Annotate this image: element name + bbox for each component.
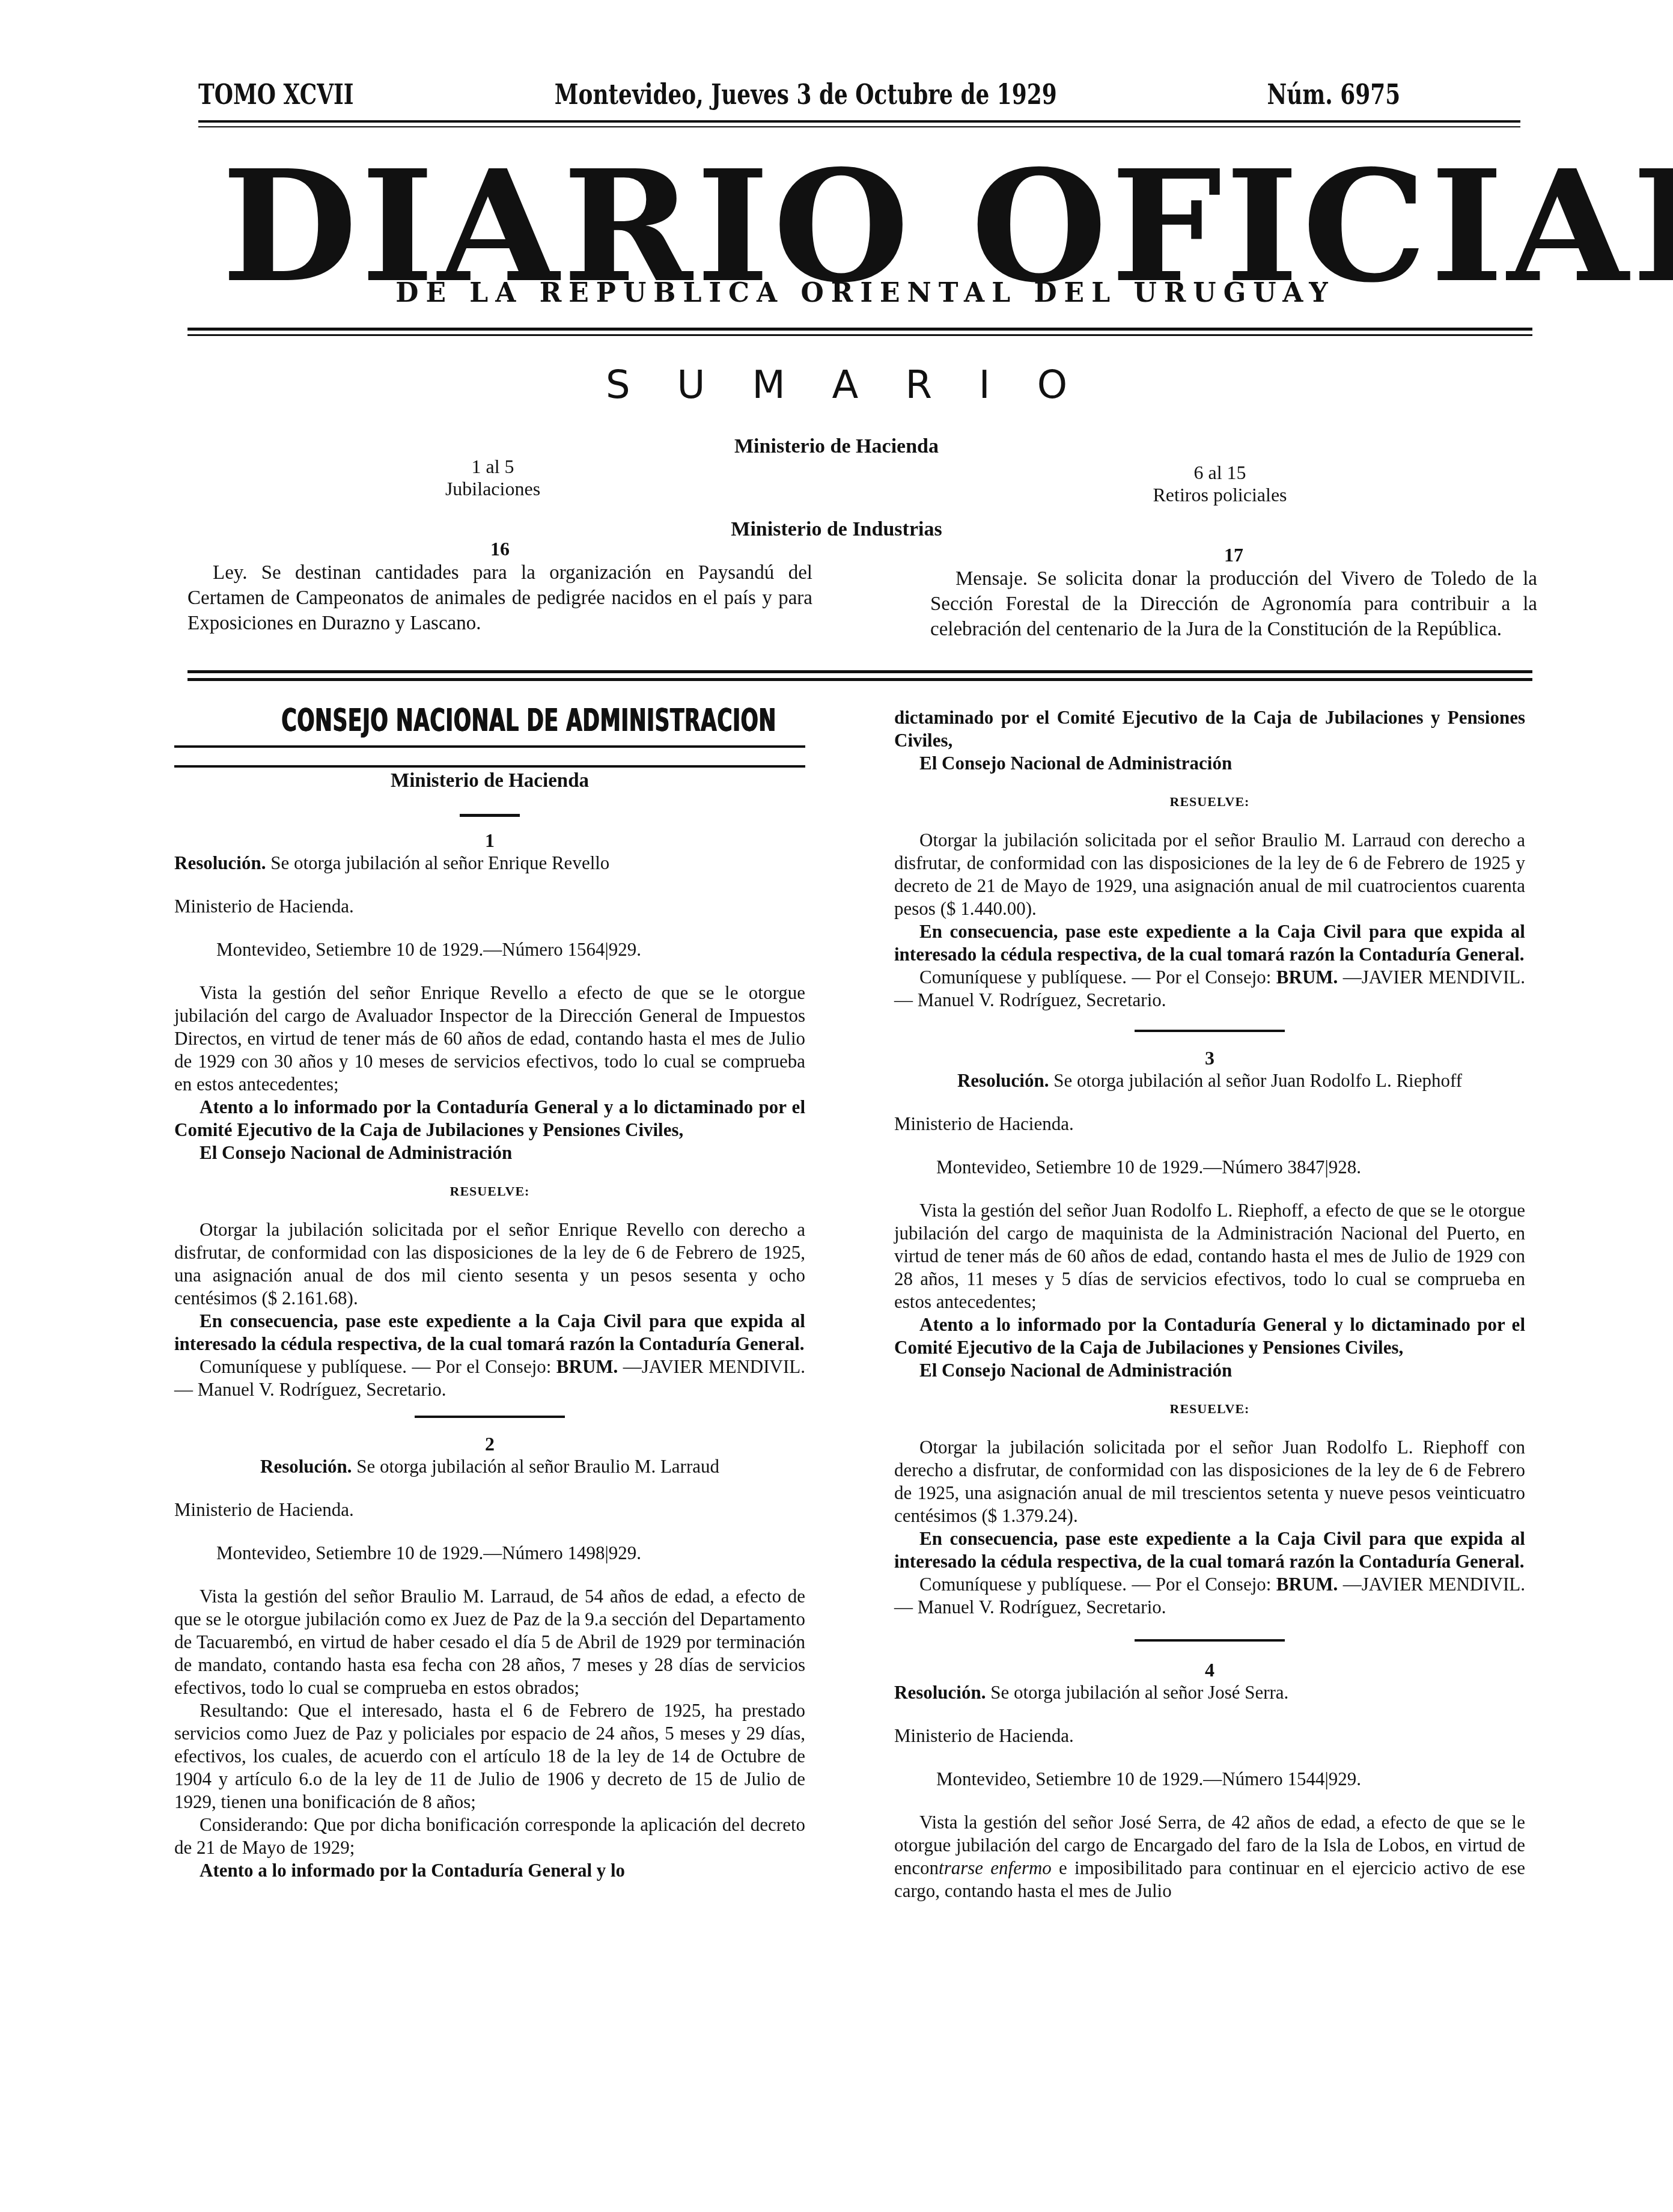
- issue-number: Núm. 6975: [1267, 78, 1400, 111]
- resolution-number: 1: [174, 829, 805, 852]
- resolution-3: 3 Resolución. Se otorga jubilación al se…: [894, 1046, 1525, 1619]
- consejo-label: El Consejo Nacional de Administración: [174, 1141, 805, 1164]
- sumario-ministry-hacienda: Ministerio de Hacienda: [656, 435, 1017, 458]
- signature-paragraph: Comuníquese y publíquese. — Por el Conse…: [174, 1355, 805, 1401]
- sumario-item-16[interactable]: 16 Ley. Se destinan cantidades para la o…: [187, 538, 812, 636]
- divider: [460, 814, 520, 817]
- volume-label: TOMO XCVII: [198, 78, 354, 111]
- header-rule: [198, 120, 1520, 123]
- masthead-rule: [187, 328, 1532, 331]
- issue-header: TOMO XCVII Montevideo, Jueves 3 de Octub…: [198, 78, 1230, 126]
- sumario-item-17[interactable]: 17 Mensaje. Se solicita donar la producc…: [930, 544, 1537, 642]
- ministry-label: Ministerio de Hacienda.: [174, 1499, 805, 1521]
- atento-continued: dictaminado por el Comité Ejecutivo de l…: [894, 706, 1525, 752]
- section-ministry: Ministerio de Hacienda: [174, 769, 805, 792]
- atento-paragraph: Atento a lo informado por la Contaduría …: [174, 1859, 805, 1882]
- consecuencia-paragraph: En consecuencia, pase este expediente a …: [894, 1527, 1525, 1573]
- atento-paragraph: Atento a lo informado por la Contaduría …: [174, 1096, 805, 1141]
- section-title: CONSEJO NACIONAL DE ADMINISTRACION: [282, 709, 698, 732]
- atento-paragraph: Atento a lo informado por la Contaduría …: [894, 1313, 1525, 1359]
- sumario-range: 17: [930, 544, 1537, 566]
- sumario-rule-2: [187, 678, 1532, 681]
- resolution-number: 3: [894, 1046, 1525, 1069]
- sumario-item-retiros[interactable]: 6 al 15 Retiros policiales: [1070, 462, 1370, 506]
- newspaper-subtitle: DE LA REPUBLICA ORIENTAL DEL URUGUAY: [234, 278, 1496, 308]
- resolution-number: 2: [174, 1432, 805, 1455]
- resuelve-label: RESUELVE:: [174, 1180, 805, 1203]
- divider: [415, 1416, 565, 1418]
- sumario-label: Jubilaciones: [373, 478, 613, 500]
- sumario-title: SUMARIO: [0, 363, 1673, 408]
- sumario-range: 16: [187, 538, 812, 560]
- signature-paragraph: Comuníquese y publíquese. — Por el Conse…: [894, 966, 1525, 1012]
- vista-paragraph: Vista la gestión del señor José Serra, d…: [894, 1811, 1525, 1902]
- consejo-label: El Consejo Nacional de Administración: [894, 752, 1525, 775]
- dateline: Montevideo, Setiembre 10 de 1929.—Número…: [894, 1768, 1525, 1791]
- sumario-range: 6 al 15: [1070, 462, 1370, 484]
- left-header-rule: [174, 765, 805, 768]
- divider: [1135, 1030, 1285, 1032]
- resultando-paragraph: Resultando: Que el interesado, hasta el …: [174, 1699, 805, 1813]
- dateline: Montevideo, Setiembre 10 de 1929.—Número…: [894, 1156, 1525, 1179]
- resolution-heading: Resolución. Se otorga jubilación al seño…: [894, 1681, 1525, 1704]
- header-rule-thin: [198, 126, 1520, 127]
- dateline: Montevideo, Setiembre 10 de 1929.—Número…: [174, 1542, 805, 1565]
- left-column: CONSEJO NACIONAL DE ADMINISTRACION Minis…: [174, 709, 805, 1882]
- sumario-label: Mensaje. Se solicita donar la producción…: [930, 566, 1537, 642]
- resolution-heading: Resolución. Se otorga jubilación al seño…: [174, 852, 805, 875]
- issue-date: Montevideo, Jueves 3 de Octubre de 1929: [555, 78, 1057, 111]
- resolution-2: 2 Resolución. Se otorga jubilación al se…: [174, 1432, 805, 1882]
- otorgar-paragraph: Otorgar la jubilación solicitada por el …: [174, 1218, 805, 1310]
- divider: [1135, 1639, 1285, 1642]
- vista-paragraph: Vista la gestión del señor Juan Rodolfo …: [894, 1199, 1525, 1313]
- right-column: dictaminado por el Comité Ejecutivo de l…: [894, 706, 1525, 1902]
- ministry-label: Ministerio de Hacienda.: [174, 895, 805, 918]
- sumario-rule: [187, 670, 1532, 673]
- resuelve-label: RESUELVE:: [894, 1398, 1525, 1420]
- masthead-rule-thin: [187, 334, 1532, 336]
- otorgar-paragraph: Otorgar la jubilación solicitada por el …: [894, 829, 1525, 920]
- consecuencia-paragraph: En consecuencia, pase este expediente a …: [894, 920, 1525, 966]
- signature-paragraph: Comuníquese y publíquese. — Por el Conse…: [894, 1573, 1525, 1619]
- sumario-label: Ley. Se destinan cantidades para la orga…: [187, 560, 812, 636]
- dateline: Montevideo, Setiembre 10 de 1929.—Número…: [174, 938, 805, 961]
- resolution-2-continued: dictaminado por el Comité Ejecutivo de l…: [894, 706, 1525, 1012]
- considerando-paragraph: Considerando: Que por dicha bonificación…: [174, 1813, 805, 1859]
- resuelve-label: RESUELVE:: [894, 790, 1525, 813]
- consejo-label: El Consejo Nacional de Administración: [894, 1359, 1525, 1382]
- resolution-heading: Resolución. Se otorga jubilación al seño…: [894, 1069, 1525, 1092]
- resolution-number: 4: [894, 1658, 1525, 1681]
- sumario-range: 1 al 5: [373, 456, 613, 478]
- ministry-label: Ministerio de Hacienda.: [894, 1113, 1525, 1135]
- resolution-4: 4 Resolución. Se otorga jubilación al se…: [894, 1658, 1525, 1902]
- ministry-label: Ministerio de Hacienda.: [894, 1725, 1525, 1747]
- resolution-heading: Resolución. Se otorga jubilación al seño…: [174, 1455, 805, 1478]
- sumario-label: Retiros policiales: [1070, 484, 1370, 506]
- consecuencia-paragraph: En consecuencia, pase este expediente a …: [174, 1310, 805, 1355]
- otorgar-paragraph: Otorgar la jubilación solicitada por el …: [894, 1436, 1525, 1527]
- vista-paragraph: Vista la gestión del señor Braulio M. La…: [174, 1585, 805, 1699]
- resolution-1: 1 Resolución. Se otorga jubilación al se…: [174, 829, 805, 1401]
- sumario-item-jubilaciones[interactable]: 1 al 5 Jubilaciones: [373, 456, 613, 500]
- vista-paragraph: Vista la gestión del señor Enrique Revel…: [174, 982, 805, 1096]
